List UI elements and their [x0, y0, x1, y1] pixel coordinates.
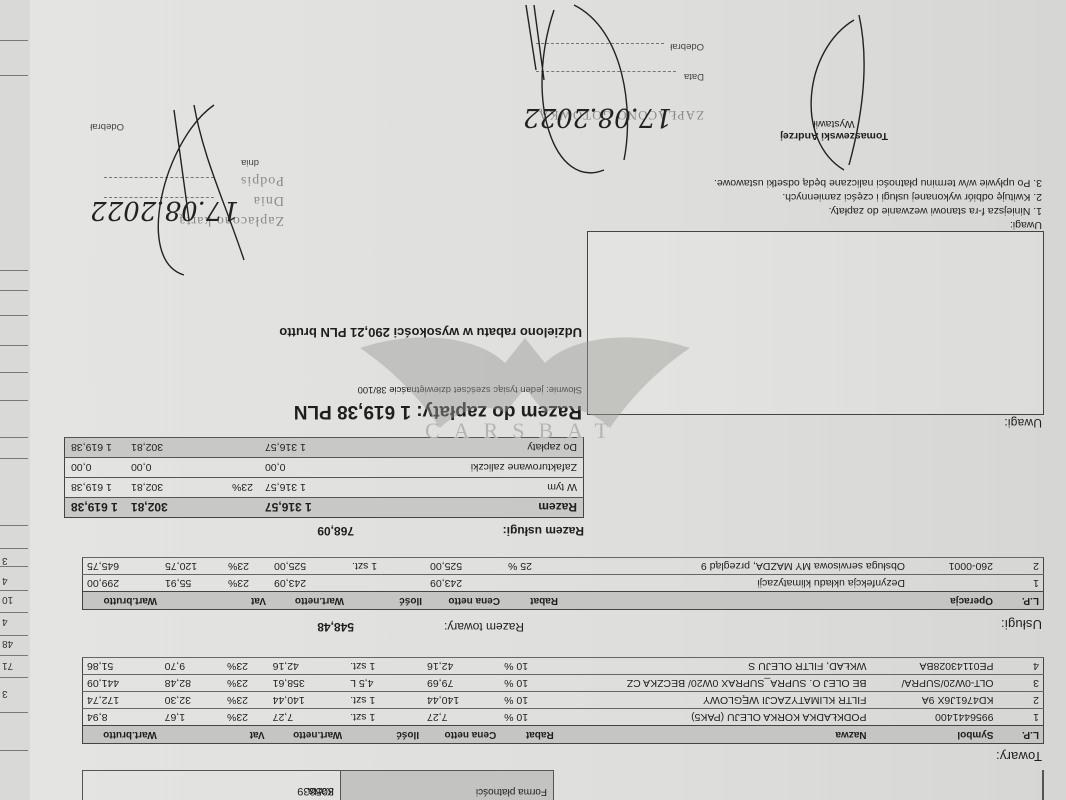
- goods-title: Towary:: [996, 749, 1042, 764]
- payment-form-label: Forma płatności: [340, 771, 553, 800]
- card-signature: [124, 100, 284, 280]
- issuer-signature: [784, 10, 904, 180]
- totals-row-sum: Razem 1 316,57 302,81 1 619,38: [65, 498, 584, 518]
- goods-table: L.P. Symbol Nazwa Rabat Cena netto Ilość…: [82, 657, 1044, 744]
- adjacent-page-edge: 3 71 48 4 10 4 3: [0, 0, 31, 800]
- totals-row-advances: Zafakturowane zaliczki 0,00 0,00 0,00: [65, 458, 584, 478]
- goods-total-value: 548,48: [317, 620, 354, 634]
- received-signature: [494, 0, 644, 200]
- table-row: 1 9956441400 PODKŁADKA KORKA OLEJU (PAK5…: [83, 709, 1044, 726]
- totals-row-including: W tym 1 316,57 23% 302,81 1 619,38: [65, 478, 584, 498]
- amount-in-words: Słownie: jeden tysiąc sześćset dziewiętn…: [358, 384, 582, 395]
- table-row: 1 Dezynfekcja układu klimatyzacji 243,09…: [83, 575, 1044, 592]
- totals-table: Razem 1 316,57 302,81 1 619,38 W tym 1 3…: [64, 437, 584, 518]
- services-header-row: L.P. Operacja Rabat Cena netto Ilość War…: [83, 592, 1044, 610]
- notes-block: Uwagi: 1. Niniejsza f-ra stanowi wezwani…: [714, 176, 1042, 232]
- services-table: L.P. Operacja Rabat Cena netto Ilość War…: [82, 557, 1044, 610]
- remarks-box: [587, 231, 1044, 415]
- invoice-page: Nr pojazdu 305839 Forma płatności Karta …: [30, 0, 1066, 800]
- discount-note: Udzielono rabatu w wysokości 290,21 PLN …: [279, 325, 582, 340]
- services-total-value: 768,09: [317, 524, 354, 538]
- table-row: 2 KD4761J6X 9A FILTR KLIMATYZACJI WĘGLOW…: [83, 692, 1044, 709]
- services-title: Usługi:: [1001, 617, 1042, 632]
- amount-due: Razem do zapłaty: 1 619,38 PLN: [294, 400, 582, 422]
- payment-form-field: Forma płatności Karta: [82, 770, 554, 800]
- services-total-label: Razem usługi:: [503, 524, 584, 538]
- received-label-2: Odebrał: [90, 121, 124, 132]
- goods-header-row: L.P. Symbol Nazwa Rabat Cena netto Ilość…: [83, 726, 1044, 744]
- date-label: Data: [684, 71, 704, 82]
- payment-form-value: Karta: [302, 771, 340, 800]
- received-label: Odebrał: [670, 41, 704, 52]
- totals-row-due: Do zapłaty 1 316,57 302,81 1 619,38: [65, 438, 584, 458]
- table-row: 2 260-0001 Obsługa serwisowa MY MAZDA, p…: [83, 558, 1044, 575]
- goods-total-label: Razem towary:: [444, 620, 524, 634]
- payment-form-box: [1042, 770, 1044, 800]
- table-row: 4 PE01143028BA WKŁAD, FILTR OLEJU S 10 %…: [83, 658, 1044, 675]
- table-row: 3 OLT-0W20/SUPRA/ BE OLEJ O. SUPRA_SUPRA…: [83, 675, 1044, 692]
- remarks-label: Uwagi:: [1004, 416, 1042, 430]
